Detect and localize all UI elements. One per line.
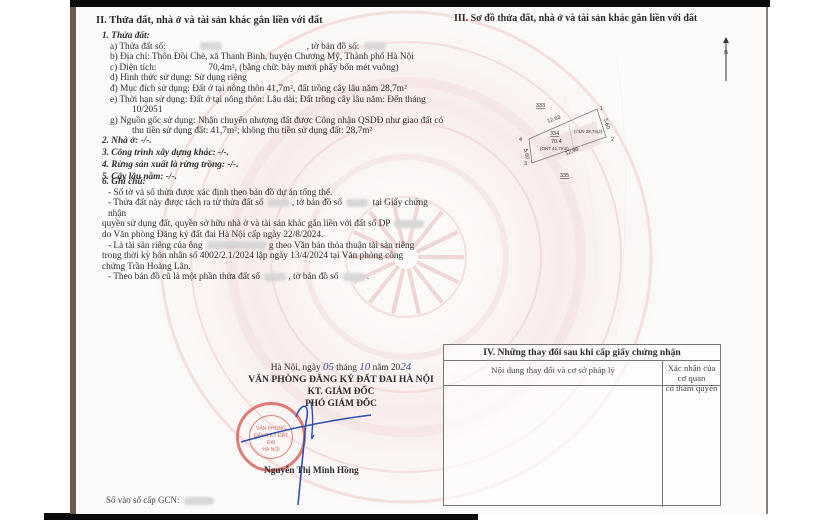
place-date-prefix: Hà Nội, ngày [271,363,321,373]
note-text: - Là tài sản riêng của ông [108,241,202,251]
svg-text:4: 4 [519,137,522,143]
on-behalf-title: KT. GIÁM ĐỐC [226,386,456,398]
svg-text:5.60: 5.60 [522,148,530,160]
place-date: Hà Nội, ngày 05 tháng 10 năm 2024 [226,361,456,374]
form-row: d) Hình thức sử dụng: Sử dụng riêng [102,73,462,84]
parcel-row: a) Thửa đất số: , tờ bản đồ số: [102,42,462,53]
parcel-label: a) Thửa đất số: [110,42,196,53]
note-line: - Theo bản đồ cũ là một phần thửa đất số… [102,272,442,283]
svg-text:335: 335 [560,173,569,179]
svg-text:1: 1 [600,106,603,112]
redacted-value [264,273,286,281]
svg-text:3: 3 [524,161,527,167]
area-label: c) Diện tích: [110,63,196,74]
changes-empty-row [444,386,720,507]
redacted-value [346,199,368,207]
origin-label: g) Nguồn gốc sử dụng: [110,116,196,126]
address-row: b) Địa chỉ: Thôn Đồi Chè, xã Thanh Bình,… [102,52,462,63]
redacted-map-sheet [364,42,386,50]
redacted-value [268,199,290,207]
date-year: 24 [400,361,411,373]
change-content-cell [444,386,663,507]
svg-text:70.4: 70.4 [551,139,562,145]
form-value: Sử dụng riêng [194,73,247,83]
issuing-office: VĂN PHÒNG ĐĂNG KÝ ĐẤT ĐAI HÀ NỘI [226,374,456,386]
stamp-line: HÀ NỘI [250,447,292,454]
svg-text:333: 333 [536,103,545,109]
registry-number: Số vào sổ cấp GCN: [106,495,216,505]
address-value: Thôn Đồi Chè, xã Thanh Bình, huyện Chươn… [152,52,414,62]
land-heading: 1. Thửa đất: [102,31,462,42]
note-text: , tờ bản đồ số [292,198,342,208]
note-line: quyền sử dụng đất, quyền sở hữu nhà ở và… [102,219,442,230]
note-line: - Số tờ và số thửa được xác định theo bả… [102,188,442,199]
note-text: , tờ bản đồ số [288,272,338,282]
item-planted-forest: 4. Rừng sản xuất là rừng trồng: -/-. [102,159,238,171]
note-text: . [367,272,369,282]
changes-table: IV. Những thay đổi sau khi cấp giấy chứn… [443,344,721,506]
note-line: do Văn phòng Đăng ký đất đai Hà Nội cấp … [102,230,442,241]
area-value: 70,4m², (bằng chữ: bảy mươi phẩy bốn mét… [208,63,398,73]
term-row: e) Thời hạn sử dụng: Đất ở tại nông thôn… [102,95,462,106]
term-value-continued: 10/2051 [102,105,462,116]
note-line: chứng Trần Hoàng Lân. [102,262,442,273]
stamp-line: VĂN PHÒNG [250,426,292,433]
svg-text:334: 334 [550,131,559,137]
redacted-certificate-number [394,220,424,228]
note-text: quyền sử dụng đất, quyền sở hữu nhà ở và… [102,219,390,229]
svg-text:2: 2 [611,137,614,143]
column-authority-confirmation: Xác nhận của cơ quan có thẩm quyền [663,361,720,385]
bottom-black-border [44,513,478,520]
note-line: - Là tài sản riêng của ông g theo Văn bả… [102,241,442,252]
notes-heading: 6. Ghi chú: [102,177,442,188]
origin-row: g) Nguồn gốc sử dụng: Nhận chuyển nhượng… [102,116,462,127]
svg-text:(ONT 41,7m2): (ONT 41,7m2) [540,146,569,151]
land-parcel-info: 1. Thửa đất: a) Thửa đất số: , tờ bản đồ… [102,31,462,137]
address-label: b) Địa chỉ: [110,52,150,62]
date-day: 05 [323,361,334,373]
red-seal-stamp-icon: VĂN PHÒNG ĐĂNG KÝ ĐẤT ĐAI HÀ NỘI [236,402,306,472]
date-month: 10 [359,361,370,373]
section-iii-title: III. Sơ đồ thửa đất, nhà ở và tài sản kh… [454,13,697,24]
registry-label: Số vào sổ cấp GCN: [106,495,180,505]
redacted-registry-number [184,497,214,505]
top-black-border [70,0,770,7]
form-label: d) Hình thức sử dụng: [110,73,192,83]
note-text: - Theo bản đồ cũ là một phần thửa đất số [108,272,260,282]
changes-header-row: Nội dung thay đổi và cơ sở pháp lý Xác n… [444,361,720,386]
note-text: - Thửa đất này được tách ra từ thửa đất … [108,198,264,208]
changes-title: IV. Những thay đổi sau khi cấp giấy chứn… [444,345,720,361]
item-house: 2. Nhà ở: -/-. [102,135,238,147]
redacted-value [343,273,365,281]
certificate-page: II. Thửa đất, nhà ở và tài sản khác gắn … [70,7,768,514]
signer-name: Nguyễn Thị Minh Hồng [264,466,359,476]
svg-text:12.63: 12.63 [547,115,562,125]
svg-text:(CLN 28,7m2): (CLN 28,7m2) [574,129,603,134]
note-line: - Thửa đất này được tách ra từ thửa đất … [102,198,442,219]
month-label: tháng [336,363,357,373]
note-text: g theo Văn bản thỏa thuận tài sản riêng [269,241,414,251]
column-change-content: Nội dung thay đổi và cơ sở pháp lý [444,361,663,385]
area-row: c) Diện tích: 70,4m², (bằng chữ: bảy mươ… [102,63,462,74]
svg-text:B: B [724,50,728,56]
purpose-value: Đất ở tại nông thôn 41,7m², đất trồng câ… [192,84,406,94]
notes-section: 6. Ghi chú: - Số tờ và số thửa được xác … [102,177,442,283]
origin-value: Nhận chuyển nhượng đất được Công nhận QS… [198,116,443,126]
section-ii-title: II. Thửa đất, nhà ở và tài sản khác gắn … [96,15,323,26]
term-value: Đất ở tại nông thôn: Lâu dài; Đất trồng … [190,95,426,105]
parcel-diagram: B 1 2 3 4 12.63 5.60 12.96 5.60 334 70.4… [456,37,766,337]
redacted-parcel-number [200,42,222,50]
asset-items: 2. Nhà ở: -/-. 3. Công trình xây dựng kh… [102,135,238,183]
item-other-construction: 3. Công trình xây dựng khác: -/-. [102,147,238,159]
purpose-row: đ) Mục đích sử dụng: Đất ở tại nông thôn… [102,84,462,95]
north-arrow-icon: B [723,37,729,81]
authority-cell [663,386,720,507]
stamp-line: ĐĂNG KÝ ĐẤT ĐAI [250,433,292,447]
redacted-owner-name [207,241,267,249]
purpose-label: đ) Mục đích sử dụng: [110,84,190,94]
year-label: năm 20 [373,363,401,373]
note-line: trong thời kỳ hôn nhân số 4002/2.1/2024 … [102,251,442,262]
column-label-line: Xác nhận của cơ quan [663,363,720,383]
map-sheet-label: , tờ bản đồ số: [307,42,360,52]
term-label: e) Thời hạn sử dụng: [110,95,187,105]
stamp-text: VĂN PHÒNG ĐĂNG KÝ ĐẤT ĐAI HÀ NỘI [249,415,293,459]
